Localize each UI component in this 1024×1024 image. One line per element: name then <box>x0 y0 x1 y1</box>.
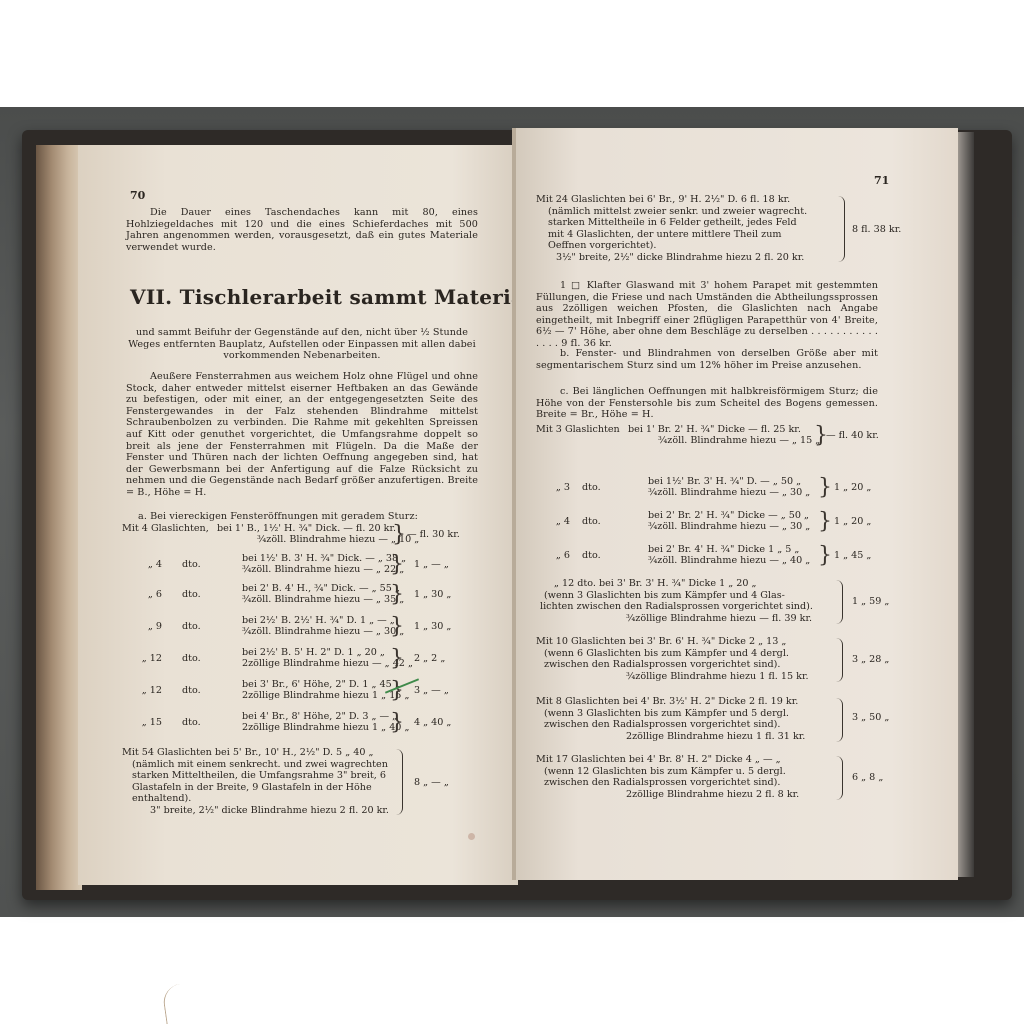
row-line1: bei 3' Br., 6' Höhe, 2" D. 1 „ 45 „ <box>242 679 400 691</box>
row-qty: Mit 3 Glaslichten <box>536 424 620 436</box>
row-line1: bei 2' Br. 2' H. ¾" Dicke — „ 50 „ <box>648 510 809 522</box>
price-block: Mit 8 Glaslichten bei 4' Br. 3½' H. 2" D… <box>536 696 866 742</box>
price-row: „ 6 dto. bei 2' Br. 4' H. ¾" Dicke 1 „ 5… <box>536 544 896 568</box>
price-row: „ 9 dto. bei 2½' B. 2½' H. ¾" D. 1 „ — „… <box>122 615 482 639</box>
block-line: (nämlich mittelst zweier senkr. und zwei… <box>536 206 876 218</box>
body-paragraph: Aeußere Fensterrahmen aus weichem Holz o… <box>126 371 478 499</box>
subsection-c: c. Bei länglichen Oeffnungen mit halbkre… <box>536 386 878 421</box>
intro-paragraph: Die Dauer eines Taschendaches kann mit 8… <box>126 207 478 253</box>
row-line2: ¾zöll. Blindrahme hiezu — „ 30 „ <box>648 487 810 499</box>
row-line1: bei 1' B., 1½' H. ¾" Dick. — fl. 20 kr. <box>217 523 396 535</box>
row-line1: bei 2½' B. 2½' H. ¾" D. 1 „ — „ <box>242 615 395 627</box>
block-price: 3 „ 50 „ <box>852 712 889 723</box>
row-dto: dto. <box>582 550 601 562</box>
price-row: Mit 4 Glaslichten, bei 1' B., 1½' H. ¾" … <box>122 523 482 547</box>
brace <box>396 749 403 815</box>
glaswand-paragraph: 1 □ Klafter Glaswand mit 3' hohem Parape… <box>536 280 878 350</box>
row-line1: bei 2' B. 4' H., ¾" Dick. — „ 55 „ <box>242 583 400 595</box>
block-line: enthaltend). <box>122 793 482 805</box>
block-price: 1 „ 59 „ <box>852 596 889 607</box>
block-line: ¾zöllige Blindrahme hiezu 1 fl. 15 kr. <box>536 671 866 683</box>
row-dto: dto. <box>582 482 601 494</box>
row-price: 1 „ — „ <box>414 559 449 571</box>
row-line1: bei 1½' Br. 3' H. ¾" D. — „ 50 „ <box>648 476 801 488</box>
block-line: Mit 10 Glaslichten bei 3' Br. 6' H. ¾" D… <box>536 636 866 648</box>
row-dto: dto. <box>582 516 601 528</box>
row-price: 2 „ 2 „ <box>414 653 445 665</box>
brace: } <box>818 545 832 567</box>
row-dto: dto. <box>182 559 201 571</box>
block-line: (wenn 3 Glaslichten bis zum Kämpfer und … <box>536 708 866 720</box>
row-price: — fl. 30 kr. <box>407 529 460 541</box>
page-crease <box>161 984 185 1024</box>
row-qty: „ 6 <box>530 550 570 562</box>
row-line2: ¾zöll. Blindrahme hiezu — „ 15 „ <box>658 435 820 447</box>
block-line: (nämlich mit einem senkrecht. und zwei w… <box>122 759 482 771</box>
price-row: „ 15 dto. bei 4' Br., 8' Höhe, 2" D. 3 „… <box>122 711 482 735</box>
row-qty: „ 6 <box>122 589 162 601</box>
row-price: 1 „ 20 „ <box>834 516 871 528</box>
right-page: 71 Mit 24 Glaslichten bei 6' Br., 9' H. … <box>512 128 958 880</box>
row-line1: bei 4' Br., 8' Höhe, 2" D. 3 „ — „ <box>242 711 397 723</box>
row-line1: bei 2' Br. 4' H. ¾" Dicke 1 „ 5 „ <box>648 544 799 556</box>
brace: } <box>390 584 404 606</box>
block-line: 2zöllige Blindrahme hiezu 1 fl. 31 kr. <box>536 731 866 743</box>
brace: } <box>818 477 832 499</box>
block-line: mit 4 Glaslichten, der untere mittlere T… <box>536 229 876 241</box>
block-line: (wenn 6 Glaslichten bis zum Kämpfer und … <box>536 648 866 660</box>
brace <box>836 756 843 800</box>
block-line: Mit 8 Glaslichten bei 4' Br. 3½' H. 2" D… <box>536 696 866 708</box>
price-row: „ 6 dto. bei 2' B. 4' H., ¾" Dick. — „ 5… <box>122 583 482 607</box>
block-line: zwischen den Radialsprossen vorgerichtet… <box>536 659 866 671</box>
brace: } <box>818 511 832 533</box>
row-price: 1 „ 30 „ <box>414 621 451 633</box>
row-price: 1 „ 45 „ <box>834 550 871 562</box>
price-block: Mit 24 Glaslichten bei 6' Br., 9' H. 2½"… <box>536 194 876 264</box>
row-dto: dto. <box>182 589 201 601</box>
row-qty: „ 4 <box>530 516 570 528</box>
subsection-a-heading: a. Bei viereckigen Fensteröffnungen mit … <box>138 511 478 523</box>
block-line: lichten zwischen den Radialsprossen vorg… <box>536 601 866 613</box>
row-line2: ¾zöll. Blindrahme hiezu — „ 30 „ <box>648 521 810 533</box>
block-line: 3½" breite, 2½" dicke Blindrahme hiezu 2… <box>536 252 876 264</box>
row-line1: bei 2½' B. 5' H. 2" D. 1 „ 20 „ <box>242 647 385 659</box>
row-dto: dto. <box>182 685 201 697</box>
price-row: „ 12 dto. bei 3' Br., 6' Höhe, 2" D. 1 „… <box>122 679 482 703</box>
brace <box>836 580 843 624</box>
price-row: „ 4 dto. bei 1½' B. 3' H. ¾" Dick. — „ 3… <box>122 553 482 577</box>
brace: } <box>390 648 404 670</box>
row-price: 1 „ 30 „ <box>414 589 451 601</box>
block-line: Oeffnen vorgerichtet). <box>536 240 876 252</box>
price-row: Mit 3 Glaslichten bei 1' Br. 2' H. ¾" Di… <box>536 424 896 448</box>
block-line: „ 12 dto. bei 3' Br. 3' H. ¾" Dicke 1 „ … <box>536 578 866 590</box>
block-price: 3 „ 28 „ <box>852 654 889 665</box>
block-line: Mit 24 Glaslichten bei 6' Br., 9' H. 2½"… <box>536 194 876 206</box>
book-gutter <box>512 128 516 880</box>
row-line2: 2zöllige Blindrahme hiezu — „ 42 „ <box>242 658 413 670</box>
brace: } <box>392 524 406 546</box>
brace <box>838 196 845 262</box>
paper-stain <box>468 833 475 840</box>
price-block: Mit 17 Glaslichten bei 4' Br. 8' H. 2" D… <box>536 754 866 800</box>
price-row: „ 12 dto. bei 2½' B. 5' H. 2" D. 1 „ 20 … <box>122 647 482 671</box>
row-line2: 2zöllige Blindrahme hiezu 1 „ 40 „ <box>242 722 409 734</box>
row-qty: „ 12 <box>122 653 162 665</box>
row-dto: dto. <box>182 653 201 665</box>
block-line: 2zöllige Blindrahme hiezu 2 fl. 8 kr. <box>536 789 866 801</box>
price-row: „ 3 dto. bei 1½' Br. 3' H. ¾" D. — „ 50 … <box>536 476 896 500</box>
row-line2: ¾zöll. Blindrahme hiezu — „ 22 „ <box>242 564 404 576</box>
row-qty: „ 15 <box>122 717 162 729</box>
row-line1: bei 1' Br. 2' H. ¾" Dicke — fl. 25 kr. <box>628 424 801 436</box>
block-line: Mit 54 Glaslichten bei 5' Br., 10' H., 2… <box>122 747 482 759</box>
block-line: zwischen den Radialsprossen vorgerichtet… <box>536 719 866 731</box>
block-line: ¾zöllige Blindrahme hiezu — fl. 39 kr. <box>536 613 866 625</box>
block-price: 6 „ 8 „ <box>852 772 883 783</box>
row-qty: „ 12 <box>122 685 162 697</box>
row-dto: dto. <box>182 717 201 729</box>
brace <box>836 638 843 682</box>
price-block: Mit 10 Glaslichten bei 3' Br. 6' H. ¾" D… <box>536 636 866 682</box>
row-line2: ¾zöll. Blindrahme hiezu — „ 30 „ <box>242 626 404 638</box>
price-row: „ 4 dto. bei 2' Br. 2' H. ¾" Dicke — „ 5… <box>536 510 896 534</box>
row-price: 3 „ — „ <box>414 685 449 697</box>
block-price: 8 „ — „ <box>414 777 449 788</box>
section-subheading: und sammt Beifuhr der Gegenstände auf de… <box>126 327 478 362</box>
brace <box>836 698 843 742</box>
section-heading: VII. Tischlerarbeit sammt Materiale <box>130 285 545 309</box>
row-qty: „ 4 <box>122 559 162 571</box>
row-price: — fl. 40 kr. <box>826 430 879 442</box>
block-line: Mit 17 Glaslichten bei 4' Br. 8' H. 2" D… <box>536 754 866 766</box>
row-qty: Mit 4 Glaslichten, <box>122 523 209 535</box>
row-qty: „ 3 <box>530 482 570 494</box>
block-price: 8 fl. 38 kr. <box>852 224 901 235</box>
brace: } <box>390 616 404 638</box>
brace: } <box>390 712 404 734</box>
row-line2: ¾zöll. Blindrahme hiezu — „ 35 „ <box>242 594 404 606</box>
block-line: zwischen den Radialsprossen vorgerichtet… <box>536 777 866 789</box>
block-line: starken Mitteltheile in 6 Felder getheil… <box>536 217 876 229</box>
subsection-b: b. Fenster- und Blindrahmen von derselbe… <box>536 348 878 371</box>
brace: } <box>390 554 404 576</box>
row-price: 1 „ 20 „ <box>834 482 871 494</box>
price-block: „ 12 dto. bei 3' Br. 3' H. ¾" Dicke 1 „ … <box>536 578 866 624</box>
row-dto: dto. <box>182 621 201 633</box>
block-line: (wenn 3 Glaslichten bis zum Kämpfer und … <box>536 590 866 602</box>
row-qty: „ 9 <box>122 621 162 633</box>
block-line: 3" breite, 2½" dicke Blindrahme hiezu 2 … <box>122 805 482 817</box>
row-line2: ¾zöll. Blindrahme hiezu — „ 40 „ <box>648 555 810 567</box>
page-number: 70 <box>130 189 145 202</box>
row-price: 4 „ 40 „ <box>414 717 451 729</box>
block-line: (wenn 12 Glaslichten bis zum Kämpfer u. … <box>536 766 866 778</box>
page-number: 71 <box>874 174 889 187</box>
page-edges-left <box>36 145 82 890</box>
left-page: 70 Die Dauer eines Taschendaches kann mi… <box>78 145 518 885</box>
row-line1: bei 1½' B. 3' H. ¾" Dick. — „ 38 „ <box>242 553 406 565</box>
